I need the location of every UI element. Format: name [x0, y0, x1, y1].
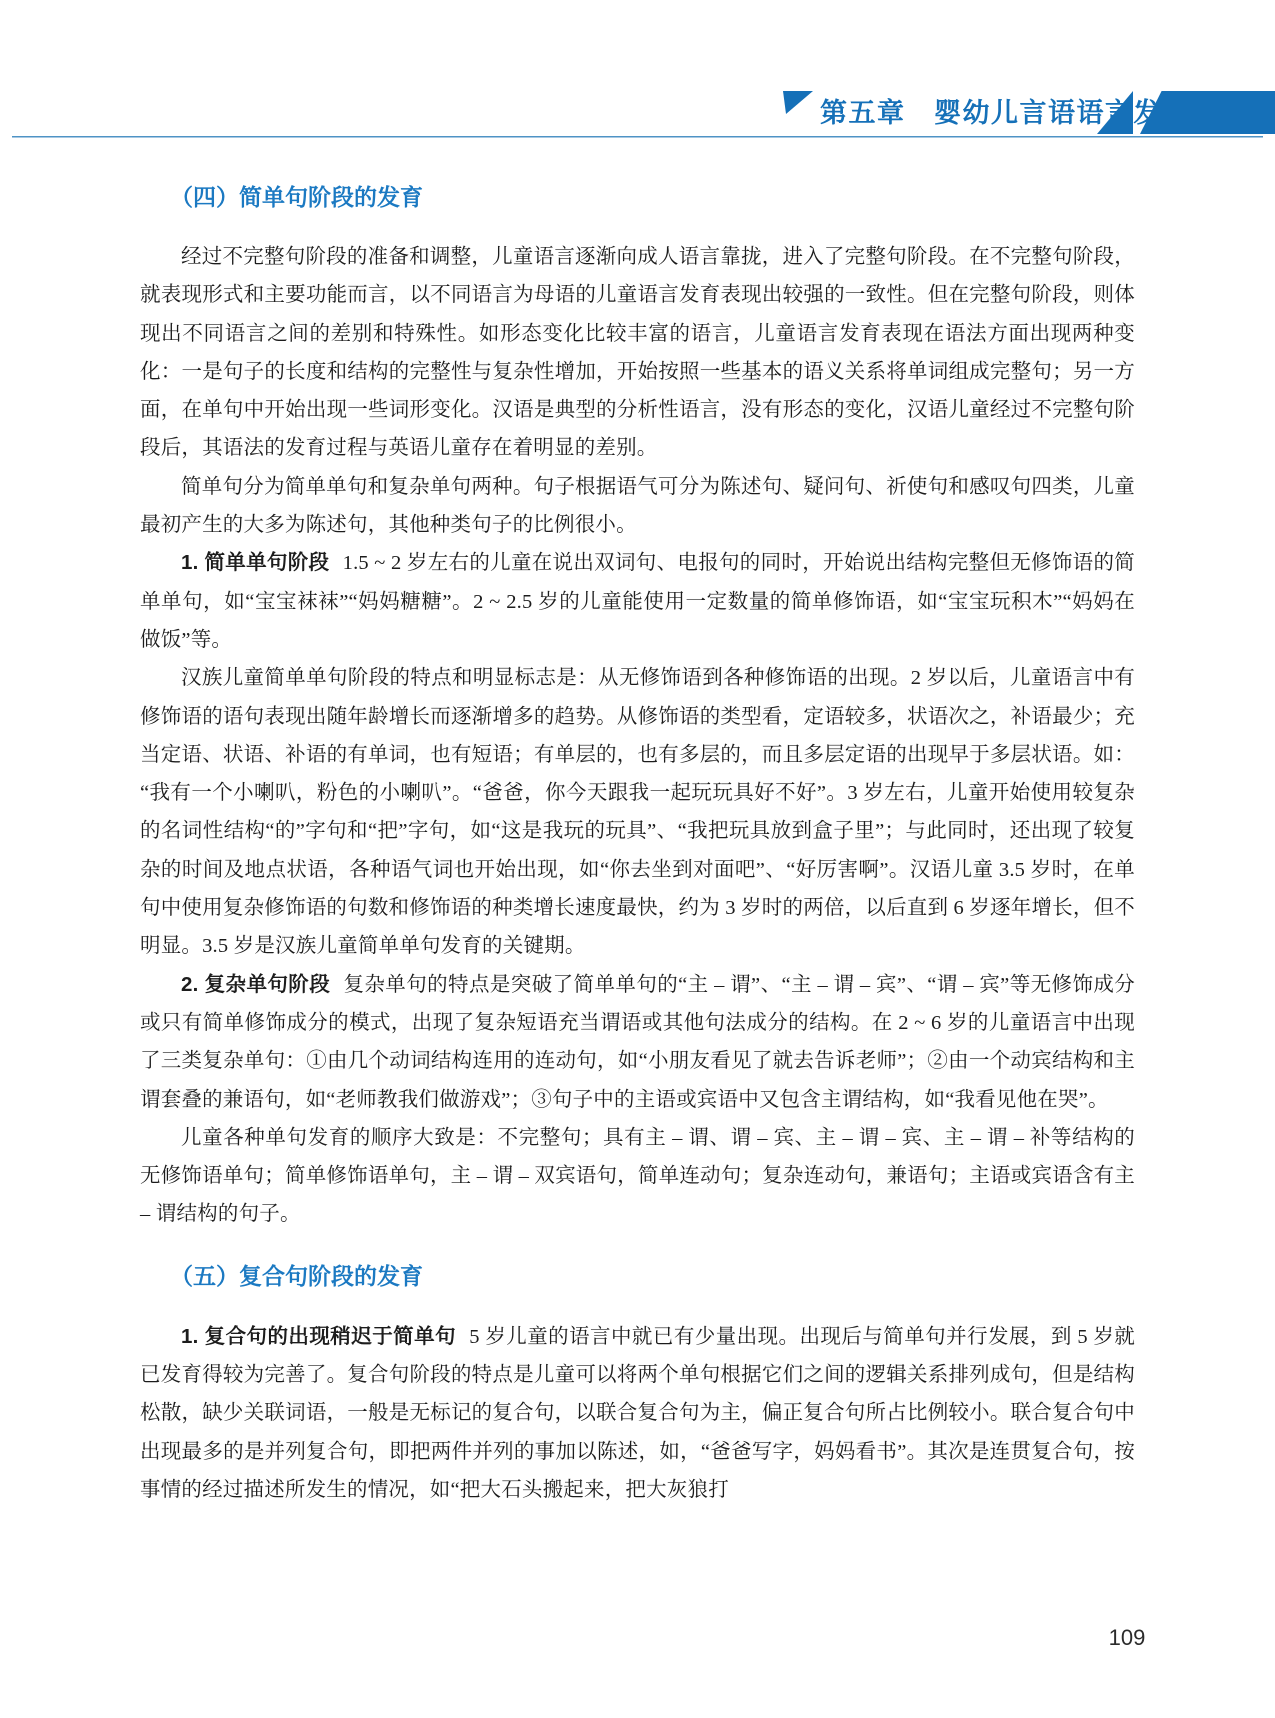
paragraph-sentence-types: 简单句分为简单单句和复杂单句两种。句子根据语气可分为陈述句、疑问句、祈使句和感叹…: [140, 468, 1135, 545]
paragraph-text: 5 岁儿童的语言中就已有少量出现。出现后与简单句并行发展，到 5 岁就已发育得较…: [140, 1326, 1135, 1501]
section-heading-4: （四）简单句阶段的发育: [170, 182, 1135, 212]
paragraph-text: 汉族儿童简单单句阶段的特点和明显标志是：从无修饰语到各种修饰语的出现。2 岁以后…: [140, 667, 1135, 957]
paragraph-lead-label: 1. 复合句的出现稍迟于简单句: [181, 1325, 456, 1348]
banner-bar: [1140, 91, 1275, 134]
chapter-title: 第五章 婴幼儿言语语言发育: [820, 92, 1191, 134]
paragraph-development-order: 儿童各种单句发育的顺序大致是：不完整句；具有主 – 谓、谓 – 宾、主 – 谓 …: [140, 1119, 1135, 1234]
paragraph-simple-single-sentence-stage: 1. 简单单句阶段1.5 ~ 2 岁左右的儿童在说出双词句、电报句的同时，开始说…: [140, 544, 1135, 659]
page-body: （四）简单句阶段的发育 经过不完整句阶段的准备和调整，儿童语言逐渐向成人语言靠拢…: [140, 168, 1135, 1509]
paragraph-text: 经过不完整句阶段的准备和调整，儿童语言逐渐向成人语言靠拢，进入了完整句阶段。在不…: [140, 246, 1135, 459]
paragraph-lead-label: 2. 复杂单句阶段: [181, 973, 330, 996]
paragraph-lead-label: 1. 简单单句阶段: [181, 551, 329, 574]
paragraph-han-children-features: 汉族儿童简单单句阶段的特点和明显标志是：从无修饰语到各种修饰语的出现。2 岁以后…: [140, 659, 1135, 965]
paragraph-complex-single-sentence-stage: 2. 复杂单句阶段复杂单句的特点是突破了简单单句的“主 – 谓”、“主 – 谓 …: [140, 966, 1135, 1119]
banner-corner-triangle-icon: [783, 91, 813, 114]
page-number: 109: [1095, 1624, 1159, 1652]
section-heading-5: （五）复合句阶段的发育: [170, 1261, 1135, 1291]
header-divider-rule: [12, 136, 1263, 138]
paragraph-compound-sentence-stage: 1. 复合句的出现稍迟于简单句5 岁儿童的语言中就已有少量出现。出现后与简单句并…: [140, 1318, 1135, 1509]
paragraph-text: 儿童各种单句发育的顺序大致是：不完整句；具有主 – 谓、谓 – 宾、主 – 谓 …: [140, 1127, 1135, 1226]
paragraph-text: 简单句分为简单单句和复杂单句两种。句子根据语气可分为陈述句、疑问句、祈使句和感叹…: [140, 476, 1135, 536]
textbook-page: 第五章 婴幼儿言语语言发育 （四）简单句阶段的发育 经过不完整句阶段的准备和调整…: [0, 0, 1275, 1718]
paragraph-incomplete-to-complete: 经过不完整句阶段的准备和调整，儿童语言逐渐向成人语言靠拢，进入了完整句阶段。在不…: [140, 238, 1135, 468]
